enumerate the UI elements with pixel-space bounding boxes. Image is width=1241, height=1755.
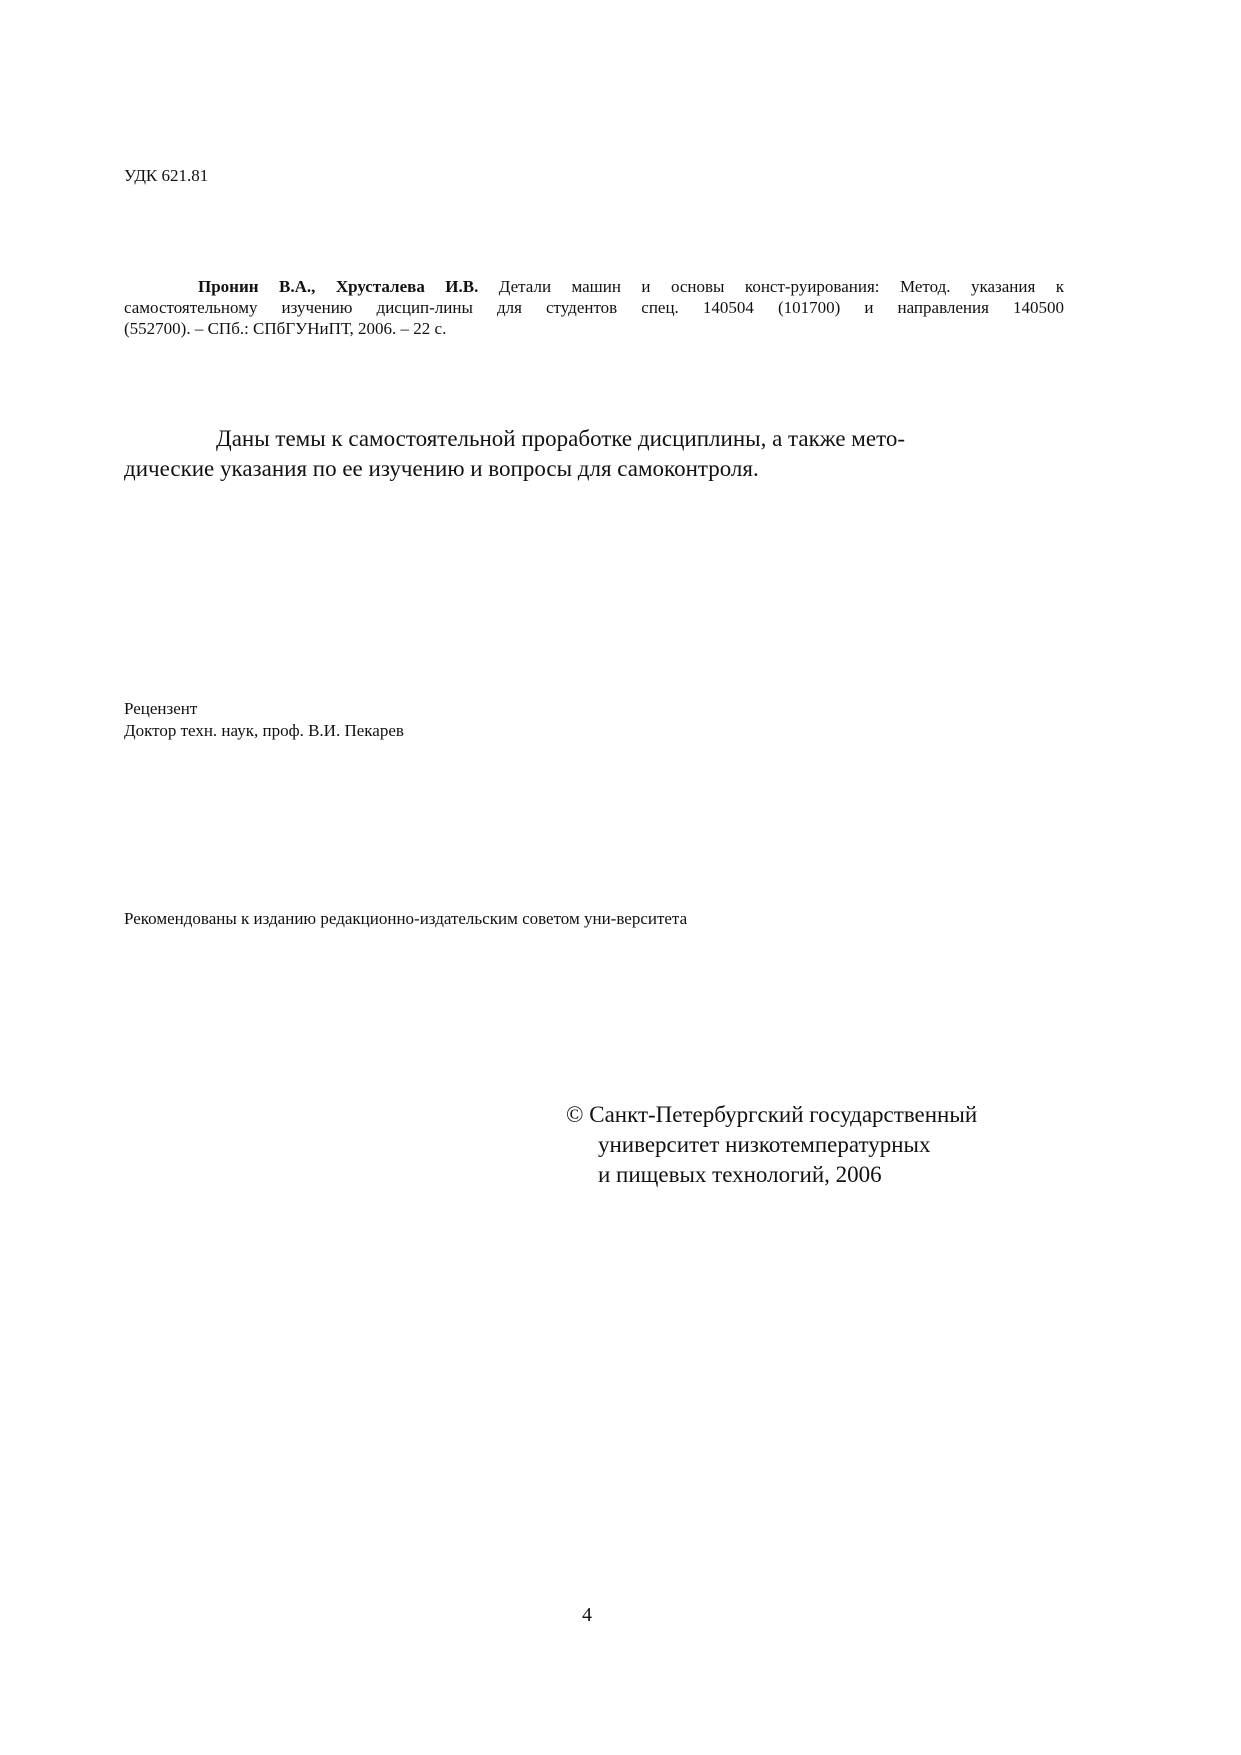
copyright-line-3: и пищевых технологий, 2006 — [566, 1160, 977, 1190]
biblio-line-3: (552700). – СПб.: СПбГУНиПТ, 2006. – 22 … — [124, 318, 1064, 339]
annotation-line-1: Даны темы к самостоятельной проработке д… — [124, 424, 1024, 454]
reviewer-label: Рецензент — [124, 698, 404, 720]
copyright-block: © Санкт-Петербургский государственный ун… — [566, 1100, 977, 1190]
bibliographic-record: Пронин В.А., Хрусталева И.В. Детали маши… — [124, 276, 1064, 339]
reviewer-name: Доктор техн. наук, проф. В.И. Пекарев — [124, 720, 404, 742]
recommendation-note: Рекомендованы к изданию редакционно-изда… — [124, 908, 687, 930]
reviewer-block: Рецензент Доктор техн. наук, проф. В.И. … — [124, 698, 404, 742]
biblio-line-2: самостоятельному изучению дисцип-лины дл… — [124, 297, 1064, 318]
authors: Пронин В.А., Хрусталева И.В. — [198, 277, 478, 296]
annotation-line-2: дические указания по ее изучению и вопро… — [124, 454, 1024, 484]
page-number: 4 — [582, 1603, 592, 1627]
copyright-line-2: университет низкотемпературных — [566, 1130, 977, 1160]
biblio-line-1: Пронин В.А., Хрусталева И.В. Детали маши… — [124, 276, 1064, 297]
title-start: Детали машин и основы конст-руирования: … — [478, 277, 1064, 296]
udk-code: УДК 621.81 — [124, 166, 208, 186]
copyright-line-1: © Санкт-Петербургский государственный — [566, 1100, 977, 1130]
annotation: Даны темы к самостоятельной проработке д… — [124, 424, 1024, 484]
